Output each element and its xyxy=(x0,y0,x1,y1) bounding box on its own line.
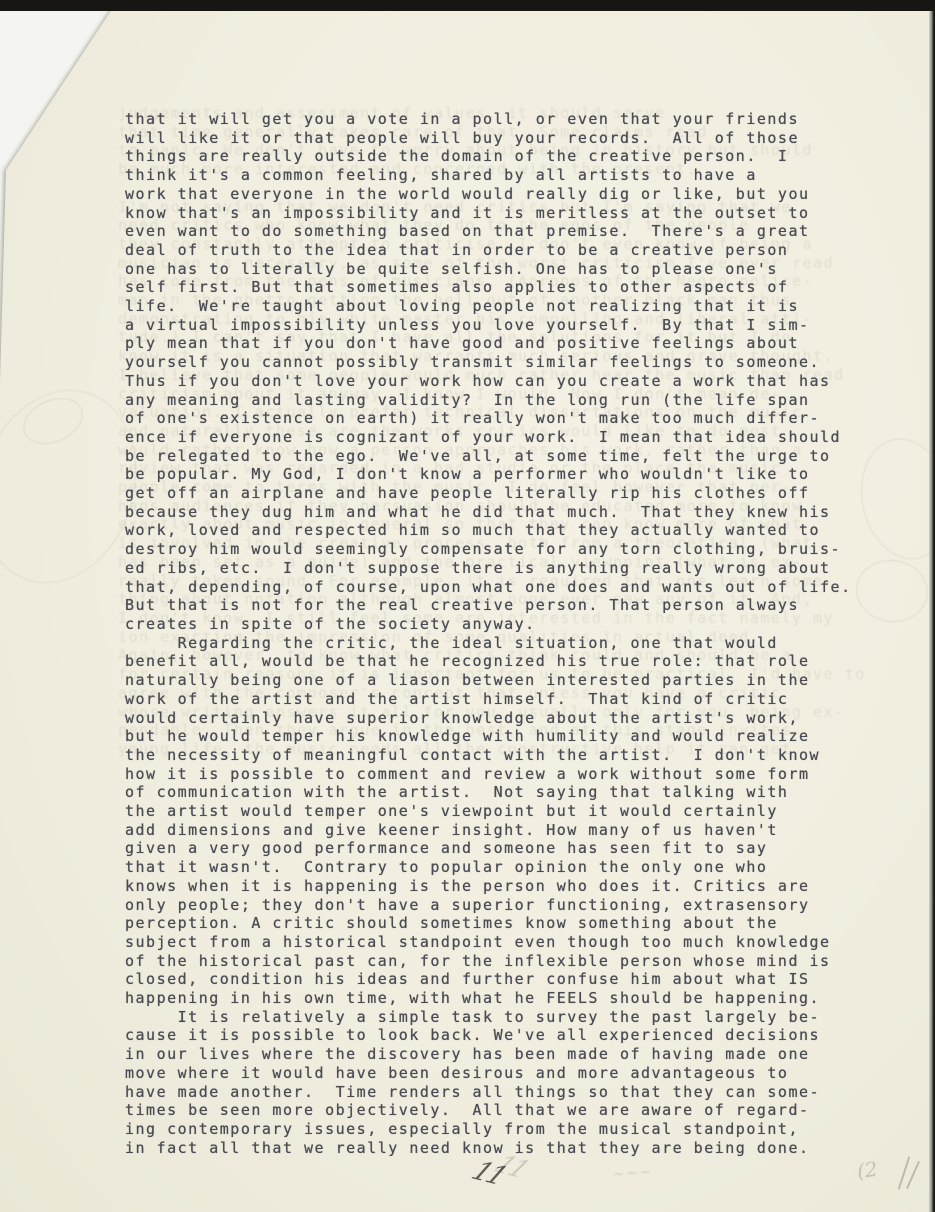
typed-line: times be seen more objectively. All that… xyxy=(125,1101,915,1120)
typed-line: any meaning and lasting validity? In the… xyxy=(125,391,915,410)
typed-line: even want to do something based on that … xyxy=(125,222,915,241)
typed-line: how it is possible to comment and review… xyxy=(125,765,915,784)
typed-line: destroy him would seemingly compensate f… xyxy=(125,540,915,559)
page-number-handwritten: 11 xyxy=(466,1156,511,1191)
typed-line: a virtual impossibility unless you love … xyxy=(125,316,915,335)
pencil-corner-note: (2 xyxy=(855,1157,879,1184)
scanner-edge-top xyxy=(0,0,935,11)
typed-line: have made another. Time renders all thin… xyxy=(125,1083,915,1102)
typed-line: work of the artist and the artist himsel… xyxy=(125,690,915,709)
typed-line: given a very good performance and someon… xyxy=(125,839,915,858)
typed-line: be relegated to the ego. We've all, at s… xyxy=(125,447,915,466)
typed-text-block: that it will get you a vote in a poll, o… xyxy=(125,110,915,1157)
typed-line: one has to literally be quite selfish. O… xyxy=(125,260,915,279)
typed-line: that, depending, of course, upon what on… xyxy=(125,578,915,597)
typed-line: in our lives where the discovery has bee… xyxy=(125,1045,915,1064)
typed-line: creates in spite of the society anyway. xyxy=(125,615,915,634)
typed-line: will like it or that people will buy you… xyxy=(125,129,915,148)
typed-line: work that everyone in the world would re… xyxy=(125,185,915,204)
typed-line: things are really outside the domain of … xyxy=(125,147,915,166)
typed-line: of communication with the artist. Not sa… xyxy=(125,783,915,802)
typed-line: But that is not for the real creative pe… xyxy=(125,596,915,615)
typed-line: of one's existence on earth) it really w… xyxy=(125,409,915,428)
typed-line: knows when it is happening is the person… xyxy=(125,877,915,896)
typed-line: only people; they don't have a superior … xyxy=(125,896,915,915)
typed-line: would certainly have superior knowledge … xyxy=(125,709,915,728)
typed-line: the artist would temper one's viewpoint … xyxy=(125,802,915,821)
typed-line: naturally being one of a liason between … xyxy=(125,671,915,690)
typed-line: deal of truth to the idea that in order … xyxy=(125,241,915,260)
typed-line: add dimensions and give keener insight. … xyxy=(125,821,915,840)
typed-line: because they dug him and what he did tha… xyxy=(125,503,915,522)
typed-line: yourself you cannot possibly transmit si… xyxy=(125,353,915,372)
typed-line: Regarding the critic, the ideal situatio… xyxy=(125,634,915,653)
typed-line: think it's a common feeling, shared by a… xyxy=(125,166,915,185)
pencil-tick xyxy=(906,1161,920,1189)
typed-line: It is relatively a simple task to survey… xyxy=(125,1008,915,1027)
typed-line: ing contemporary issues, especially from… xyxy=(125,1120,915,1139)
typed-line: cause it is possible to look back. We've… xyxy=(125,1026,915,1045)
typed-line: closed, condition his ideas and further … xyxy=(125,970,915,989)
typed-line: that it will get you a vote in a poll, o… xyxy=(125,110,915,129)
typed-line: get off an airplane and have people lite… xyxy=(125,484,915,503)
typed-line: work, loved and respected him so much th… xyxy=(125,521,915,540)
typed-line: happening in his own time, with what he … xyxy=(125,989,915,1008)
pencil-scribble: ~​~​~ xyxy=(609,1164,656,1183)
typed-line: know that's an impossibility and it is m… xyxy=(125,204,915,223)
typed-line: benefit all, would be that he recognized… xyxy=(125,652,915,671)
typed-line: ence if everyone is cognizant of your wo… xyxy=(125,428,915,447)
typed-line: perception. A critic should sometimes kn… xyxy=(125,914,915,933)
typed-line: of the historical past can, for the infl… xyxy=(125,952,915,971)
typed-line: Thus if you don't love your work how can… xyxy=(125,372,915,391)
typed-line: subject from a historical standpoint eve… xyxy=(125,933,915,952)
typed-line: self first. But that sometimes also appl… xyxy=(125,278,915,297)
typed-line: move where it would have been desirous a… xyxy=(125,1064,915,1083)
paper-wrap: judgements and assessment of values, it … xyxy=(0,0,935,1212)
typed-line: be popular. My God, I don't know a perfo… xyxy=(125,465,915,484)
paper-sheet: judgements and assessment of values, it … xyxy=(0,0,935,1212)
typed-line: but he would temper his knowledge with h… xyxy=(125,727,915,746)
scanned-page: judgements and assessment of values, it … xyxy=(0,0,935,1212)
typed-line: ply mean that if you don't have good and… xyxy=(125,334,915,353)
typed-line: in fact all that we really need know is … xyxy=(125,1139,915,1158)
typed-line: ed ribs, etc. I don't suppose there is a… xyxy=(125,559,915,578)
typed-line: life. We're taught about loving people n… xyxy=(125,297,915,316)
typed-line: that it wasn't. Contrary to popular opin… xyxy=(125,858,915,877)
scanner-edge-right xyxy=(929,0,935,1212)
typed-line: the necessity of meaningful contact with… xyxy=(125,746,915,765)
